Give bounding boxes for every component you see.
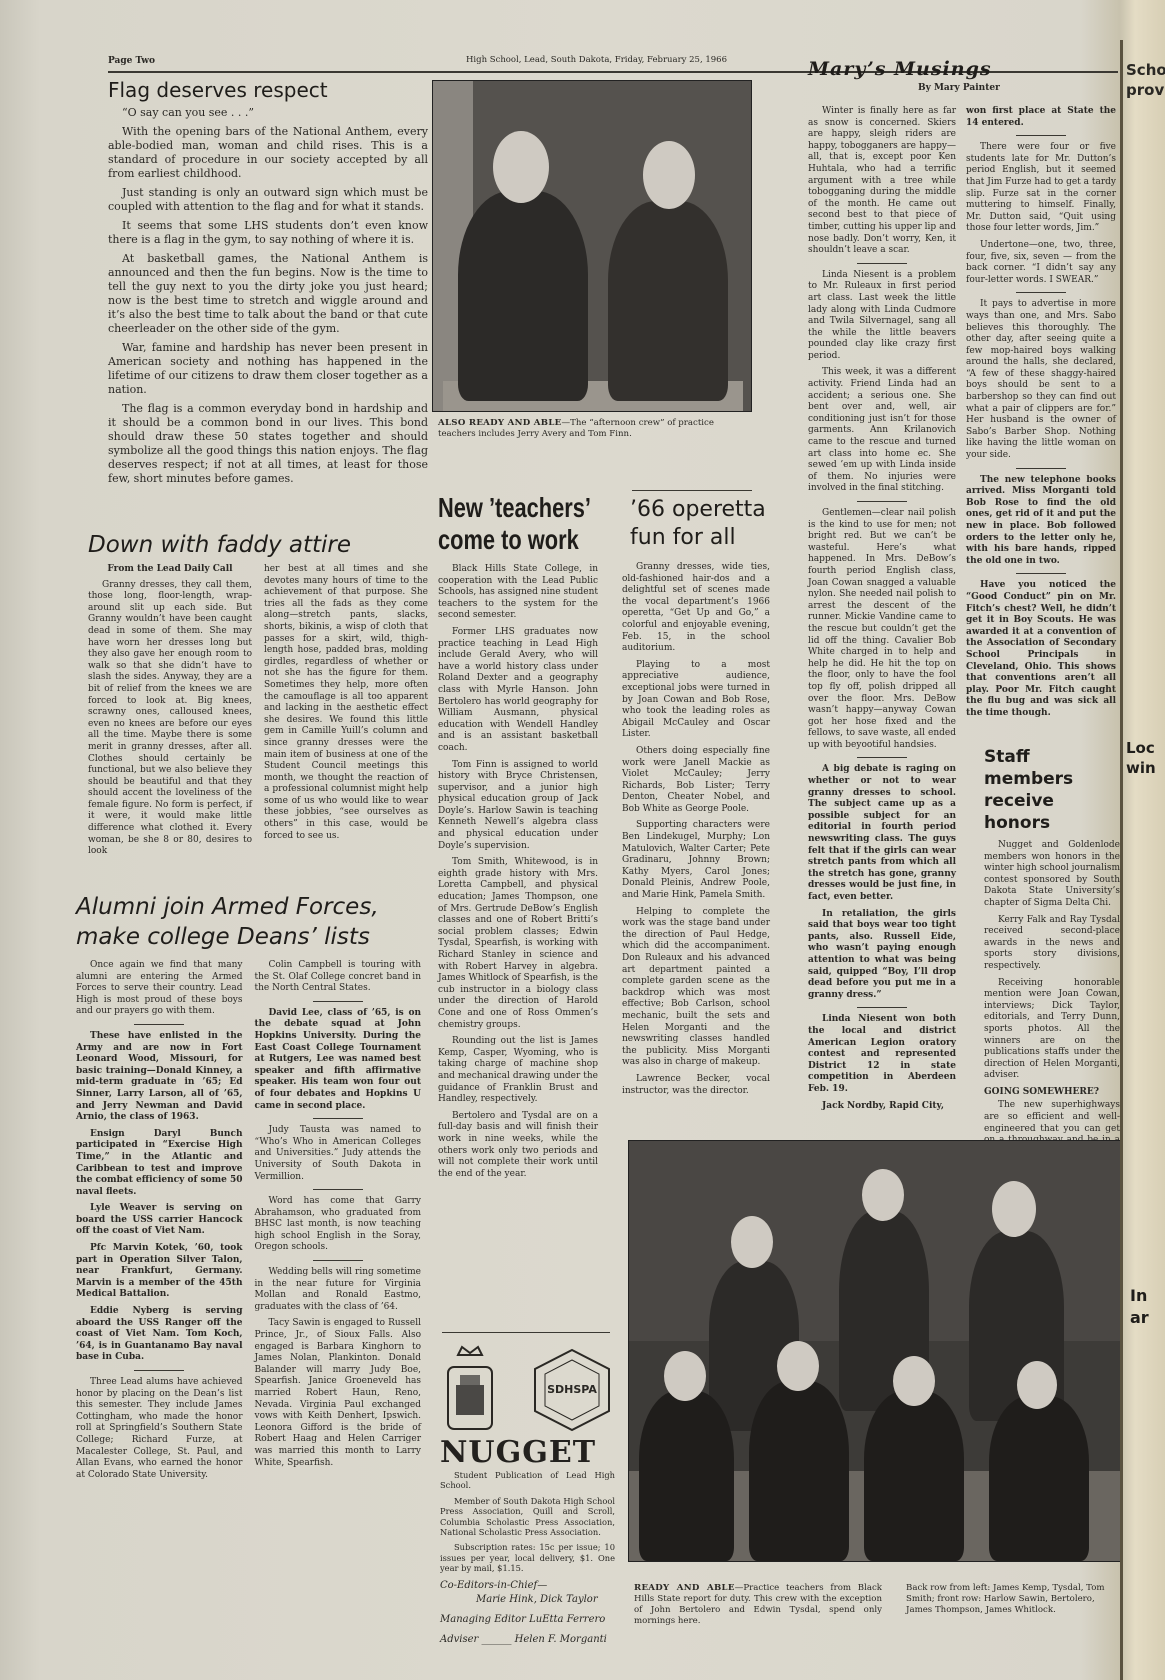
teachers-paragraph: Tom Finn is assigned to world history wi…	[438, 760, 598, 853]
musings-item: In retaliation, the girls said that boys…	[808, 909, 956, 1002]
divider	[857, 757, 907, 758]
operetta-paragraph: Others doing especially fine work were J…	[622, 746, 770, 816]
operetta-paragraph: Playing to a most appreciative audience,…	[622, 660, 770, 741]
next-page-fragment: Loc win	[1126, 738, 1156, 778]
musings-item: There were four or five students late fo…	[966, 142, 1116, 235]
alumni-lee: David Lee, class of ’65, is on the debat…	[255, 1008, 422, 1112]
coeditors-label: Co-Editors-in-Chief—	[440, 1579, 615, 1593]
divider	[313, 1118, 363, 1119]
flag-editorial: Flag deserves respect “O say can you see…	[108, 78, 428, 491]
divider	[134, 1370, 184, 1371]
caption-lead: READY AND ABLE	[634, 1583, 735, 1593]
alumni-headline-2: make college Deans’ lists	[76, 922, 421, 952]
musings-item: Linda Niesent won both the local and dis…	[808, 1014, 956, 1095]
masthead-line: Subscription rates: 15c per issue; 10 is…	[440, 1542, 615, 1573]
faddy-source: From the Lead Daily Call	[88, 564, 252, 576]
teachers-paragraph: Tom Smith, Whitewood, is in eighth grade…	[438, 857, 598, 1031]
coeditors: Marie Hink, Dick Taylor	[440, 1593, 615, 1607]
divider	[1016, 292, 1066, 293]
alumni-garry: Word has come that Garry Abrahamson, who…	[255, 1196, 422, 1254]
divider	[1016, 135, 1066, 136]
musings-item: A big debate is raging on whether or not…	[808, 764, 956, 903]
alumni-nyberg: Eddie Nyberg is serving aboard the USS R…	[76, 1306, 243, 1364]
operetta-paragraph: Helping to complete the work was the sta…	[622, 907, 770, 1069]
musings-item: Undertone—one, two, three, four, five, s…	[966, 240, 1116, 286]
alumni-wedding: Wedding bells will ring sometime in the …	[255, 1267, 422, 1313]
divider	[857, 1007, 907, 1008]
next-page-fragment: In ar	[1130, 1285, 1149, 1329]
going-somewhere-head: GOING SOMEWHERE?	[984, 1087, 1120, 1099]
staff-paragraph: Nugget and Goldenlode members won honors…	[984, 840, 1120, 910]
sdhspa-seal-icon: SDHSPA	[529, 1347, 615, 1433]
page-fold	[1120, 40, 1123, 1680]
staff-paragraph: Kerry Falk and Ray Tysdal received secon…	[984, 915, 1120, 973]
quill-scroll-crest-icon	[440, 1345, 500, 1435]
alumni-enlisted: These have enlisted in the Army and are …	[76, 1031, 243, 1124]
marys-musings-header: Mary’s Musings By Mary Painter	[808, 58, 1138, 93]
alumni-campbell: Colin Campbell is touring with the St. O…	[255, 960, 422, 995]
masthead-line: Member of South Dakota High School Press…	[440, 1496, 615, 1538]
divider	[313, 1189, 363, 1190]
staff-paragraph: Receiving honorable mention were Joan Co…	[984, 978, 1120, 1082]
musings-item: The new telephone books arrived. Miss Mo…	[966, 475, 1116, 568]
new-teachers-article: New ’teachers’ come to work Black Hills …	[438, 492, 598, 1185]
nugget-masthead: SDHSPA NUGGET Student Publication of Lea…	[440, 1345, 615, 1647]
faddy-col2: her best at all times and she devotes ma…	[264, 564, 428, 842]
alumni-deans: Three Lead alums have achieved honor by …	[76, 1377, 243, 1481]
operetta-paragraph: Lawrence Becker, vocal instructor, was t…	[622, 1074, 770, 1097]
next-page-fragment: Scho provi	[1126, 60, 1165, 100]
divider	[1016, 573, 1066, 574]
alumni-headline-1: Alumni join Armed Forces,	[76, 892, 421, 922]
operetta-body: Granny dresses, wide ties, old-fashioned…	[622, 562, 770, 1102]
alumni-tausta: Judy Tausta was named to “Who’s Who in A…	[255, 1125, 422, 1183]
alumni-engaged: Tacy Sawin is engaged to Russell Prince,…	[255, 1318, 422, 1469]
teachers-headline-2: come to work	[438, 524, 563, 556]
musings-item: won first place at State the 14 entered.	[966, 106, 1116, 129]
faddy-col1: Granny dresses, they call them, those lo…	[88, 580, 252, 858]
staff-headline-1: Staff members	[984, 746, 1120, 790]
teachers-paragraph: Black Hills State College, in cooperatio…	[438, 564, 598, 622]
caption-lead: ALSO READY AND ABLE	[438, 418, 562, 428]
nugget-title: NUGGET	[440, 1435, 615, 1470]
dateline: High School, Lead, South Dakota, Friday,…	[466, 55, 727, 65]
svg-text:SDHSPA: SDHSPA	[547, 1383, 597, 1396]
newspaper-page: Page Two High School, Lead, South Dakota…	[0, 0, 1165, 1680]
adviser: Helen F. Morganti	[515, 1634, 607, 1645]
musings-item: Winter is finally here as far as snow is…	[808, 106, 956, 257]
adviser-label: Adviser	[440, 1634, 478, 1645]
managing-editor: LuEtta Ferrero	[529, 1614, 605, 1625]
divider	[857, 263, 907, 264]
divider	[313, 1001, 363, 1002]
divider	[1016, 468, 1066, 469]
flag-paragraph: With the opening bars of the National An…	[108, 125, 428, 181]
flag-paragraph: The flag is a common everyday bond in ha…	[108, 402, 428, 486]
faddy-headline: Down with faddy attire	[88, 532, 428, 558]
operetta-paragraph: Granny dresses, wide ties, old-fashioned…	[622, 562, 770, 655]
operetta-headline-1: ’66 operetta	[630, 496, 770, 524]
musings-item: Linda Niesent is a problem to Mr. Ruleau…	[808, 270, 956, 363]
divider	[313, 1260, 363, 1261]
divider	[134, 1024, 184, 1025]
flag-headline: Flag deserves respect	[108, 78, 428, 102]
musings-item: Jack Nordby, Rapid City,	[808, 1101, 956, 1113]
teachers-paragraph: Rounding out the list is James Kemp, Cas…	[438, 1036, 598, 1106]
flag-paragraph: At basketball games, the National Anthem…	[108, 252, 428, 336]
flag-paragraph: “O say can you see . . .”	[108, 106, 428, 120]
operetta-rule	[632, 490, 752, 491]
musings-col2: won first place at State the 14 entered.…	[966, 106, 1116, 725]
alumni-article: Alumni join Armed Forces, make college D…	[76, 892, 421, 1486]
divider	[857, 501, 907, 502]
musings-col1: Winter is finally here as far as snow is…	[808, 106, 956, 1117]
operetta-paragraph: Supporting characters were Ben Lindekuge…	[622, 820, 770, 901]
faddy-attire-article: Down with faddy attire From the Lead Dai…	[88, 532, 428, 863]
teachers-headline-1: New ’teachers’	[438, 492, 563, 524]
musings-item: It pays to advertise in more ways than o…	[966, 299, 1116, 461]
masthead-line: Student Publication of Lead High School.	[440, 1470, 615, 1491]
photo-ready-and-able	[628, 1140, 1122, 1562]
staff-headline-2: receive honors	[984, 790, 1120, 834]
musings-headline: Mary’s Musings	[808, 58, 1138, 80]
flag-paragraph: War, famine and hardship has never been …	[108, 341, 428, 397]
musings-byline: By Mary Painter	[918, 83, 1138, 93]
alumni-kotek: Pfc Marvin Kotek, ’60, took part in Oper…	[76, 1243, 243, 1301]
musings-item: Gentlemen—clear nail polish is the kind …	[808, 508, 956, 751]
photo-bottom-caption: READY AND ABLE—Practice teachers from Bl…	[634, 1583, 882, 1627]
masthead-rule	[442, 1332, 610, 1333]
operetta-article: ’66 operetta fun for all	[630, 496, 770, 560]
alumni-weaver: Lyle Weaver is serving on board the USS …	[76, 1203, 243, 1238]
operetta-headline-2: fun for all	[630, 524, 770, 552]
staff-honors-article: Staff members receive honors Nugget and …	[984, 746, 1120, 1187]
flag-paragraph: Just standing is only an outward sign wh…	[108, 186, 428, 214]
alumni-intro: Once again we find that many alumni are …	[76, 960, 243, 1018]
page-label: Page Two	[108, 56, 155, 66]
photo-afternoon-crew	[432, 80, 752, 412]
teachers-paragraph: Former LHS graduates now practice teachi…	[438, 627, 598, 755]
musings-item: This week, it was a different activity. …	[808, 367, 956, 495]
photo-top-caption: ALSO READY AND ABLE—The “afternoon crew”…	[438, 418, 750, 440]
alumni-bunch: Ensign Daryl Bunch participated in “Exer…	[76, 1129, 243, 1199]
managing-label: Managing Editor	[440, 1614, 526, 1625]
photo-bottom-names: Back row from left: James Kemp, Tysdal, …	[906, 1583, 1118, 1616]
flag-paragraph: It seems that some LHS students don’t ev…	[108, 219, 428, 247]
teachers-paragraph: Bertolero and Tysdal are on a full-day b…	[438, 1111, 598, 1181]
musings-item: Have you noticed the “Good Conduct” pin …	[966, 580, 1116, 719]
